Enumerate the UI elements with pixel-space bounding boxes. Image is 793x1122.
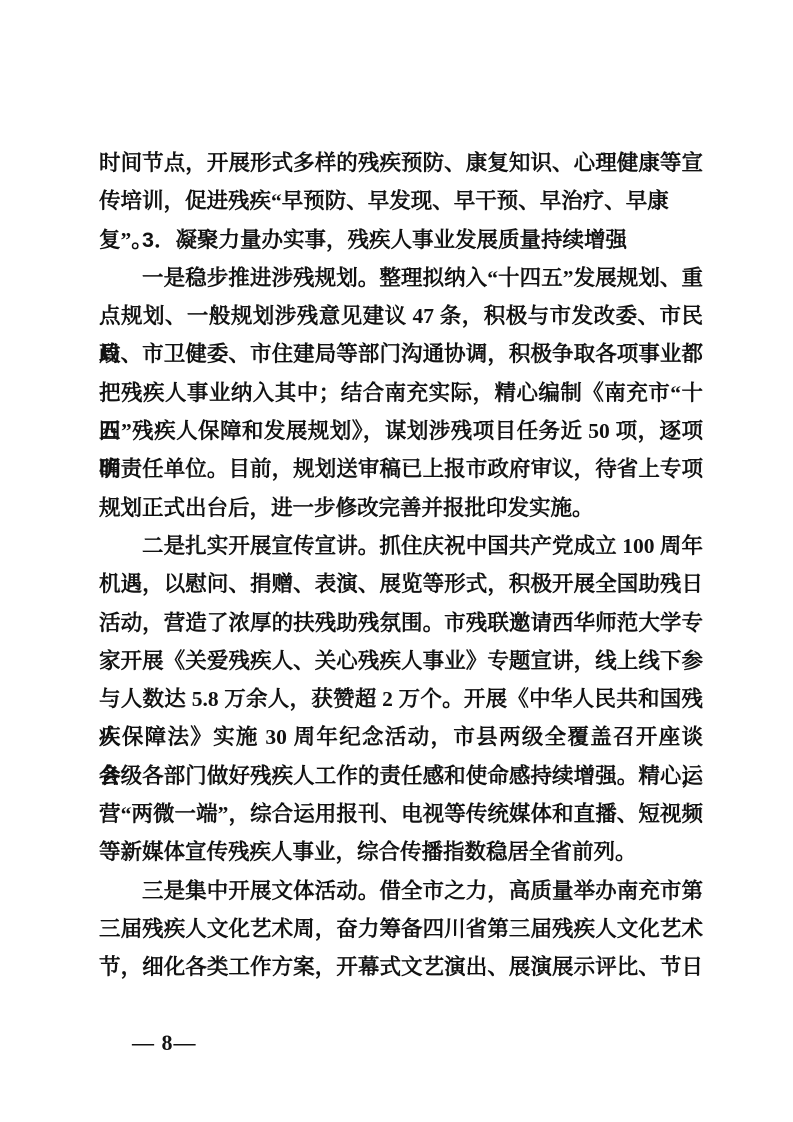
paragraph-line: 二是扎实开展宣传宣讲。抓住庆祝中国共产党成立 100 周年 (99, 527, 703, 565)
paragraph-line: 三是集中开展文体活动。借全市之力，高质量举办南充市第 (99, 872, 703, 910)
paragraph-line: 等新媒体宣传残疾人事业，综合传播指数稳居全省前列。 (99, 833, 703, 871)
paragraph-line: 传培训，促进残疾“早预防、早发现、早干预、早治疗、早康复”。 (99, 182, 703, 220)
document-body: 时间节点，开展形式多样的残疾预防、康复知识、心理健康等宣 传培训，促进残疾“早预… (99, 144, 703, 987)
paragraph-line: 活动，营造了浓厚的扶残助残氛围。市残联邀请西华师范大学专 (99, 604, 703, 642)
paragraph-line: 节，细化各类工作方案，开幕式文艺演出、展演展示评比、节日 (99, 948, 703, 986)
paragraph-line: 人保障法》实施 30 周年纪念活动，市县两级全覆盖召开座谈会， (99, 718, 703, 756)
paragraph-line: 五”残疾人保障和发展规划》，谋划涉残项目任务近 50 项，逐项明 (99, 412, 703, 450)
paragraph-line: 确责任单位。目前，规划送审稿已上报市政府审议，待省上专项 (99, 450, 703, 488)
paragraph-line: 营“两微一端”，综合运用报刊、电视等传统媒体和直播、短视频 (99, 795, 703, 833)
paragraph-line: 家开展《关爱残疾人、关心残疾人事业》专题宣讲，线上线下参 (99, 642, 703, 680)
paragraph-line: 与人数达 5.8 万余人，获赞超 2 万个。开展《中华人民共和国残疾 (99, 680, 703, 718)
paragraph-line: 点规划、一般规划涉残意见建议 47 条，积极与市发改委、市民政 (99, 297, 703, 335)
document-page: 时间节点，开展形式多样的残疾预防、康复知识、心理健康等宣 传培训，促进残疾“早预… (0, 0, 793, 1122)
paragraph-line: 把残疾人事业纳入其中；结合南充实际，精心编制《南充市“十四 (99, 374, 703, 412)
paragraph-line: 规划正式出台后，进一步修改完善并报批印发实施。 (99, 489, 703, 527)
paragraph-line: 机遇，以慰问、捐赠、表演、展览等形式，积极开展全国助残日 (99, 565, 703, 603)
paragraph-line: 各级各部门做好残疾人工作的责任感和使命感持续增强。精心运 (99, 757, 703, 795)
paragraph-line: 时间节点，开展形式多样的残疾预防、康复知识、心理健康等宣 (99, 144, 703, 182)
section-heading: 3．凝聚力量办实事，残疾人事业发展质量持续增强 (99, 221, 703, 259)
paragraph-line: 一是稳步推进涉残规划。整理拟纳入“十四五”发展规划、重 (99, 259, 703, 297)
paragraph-line: 三届残疾人文化艺术周，奋力筹备四川省第三届残疾人文化艺术 (99, 910, 703, 948)
footer-page-number: — 8— (132, 1024, 197, 1062)
paragraph-line: 局、市卫健委、市住建局等部门沟通协调，积极争取各项事业都 (99, 335, 703, 373)
